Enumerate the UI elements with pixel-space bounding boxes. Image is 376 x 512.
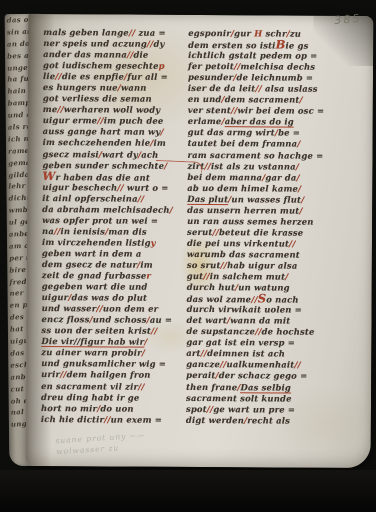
rubricated-underline: Das plut bbox=[187, 194, 228, 205]
manuscript-line: im sechczehenden hie/im bbox=[43, 138, 189, 150]
manuscript-line: gsecz maisi/wart dy/ach bbox=[42, 149, 188, 161]
rubric-mark: // bbox=[129, 28, 136, 38]
rubric-mark: // bbox=[212, 227, 219, 237]
rubric-mark: / bbox=[299, 95, 302, 105]
manuscript-line: im virczehenden listigy bbox=[42, 237, 188, 249]
rubric-mark: / bbox=[215, 371, 218, 381]
rubric-mark: // bbox=[294, 360, 301, 370]
rubric-mark: / bbox=[118, 83, 121, 93]
rubric-mark: / bbox=[68, 292, 71, 302]
rubric-mark: // bbox=[255, 84, 262, 94]
manuscript-line: ner speis und aczung//dy bbox=[43, 38, 189, 50]
manuscript-line: gegeben wart die und bbox=[42, 281, 188, 293]
rubric-mark: / bbox=[138, 149, 141, 159]
manuscript-line: hort no mir/do uon bbox=[41, 403, 187, 415]
manuscript-line: tautet bei dem framna/ bbox=[188, 138, 360, 150]
rubric-mark: / bbox=[231, 28, 234, 38]
rubricated-underline: Die vir//figur hab wir bbox=[41, 336, 144, 348]
rubric-mark: / bbox=[297, 139, 300, 149]
manuscript-line: und wasser//uon dem er bbox=[42, 303, 188, 315]
rubric-mark: H bbox=[254, 28, 262, 38]
rubric-mark: // bbox=[220, 360, 227, 370]
manuscript-line: then frane/Das selbig bbox=[186, 381, 358, 393]
rubric-mark: / bbox=[235, 282, 238, 292]
manuscript-line: it ainl opferscheina// bbox=[42, 193, 188, 205]
text-column-left: mals geben lange// zua =ner speis und ac… bbox=[41, 27, 189, 426]
red-initial: B bbox=[276, 38, 286, 52]
manuscript-line: auss gange hart man wy/ bbox=[43, 126, 189, 138]
manuscript-line: dreu ding habt ir ge bbox=[41, 392, 187, 404]
rubric-mark: / bbox=[228, 194, 231, 204]
rubric-mark: / bbox=[89, 315, 92, 325]
rubric-mark: // bbox=[221, 260, 228, 270]
rubric-mark: / bbox=[298, 183, 301, 193]
rubric-mark: // bbox=[203, 271, 210, 281]
manuscript-line: es hungers nue/wann bbox=[43, 82, 189, 94]
manuscript-line: me//werharen woll wody bbox=[43, 104, 189, 116]
manuscript-line: geben wart in dem a bbox=[42, 248, 188, 260]
rubric-mark: / bbox=[233, 72, 236, 82]
rubric-mark: // bbox=[147, 39, 154, 49]
rubric-mark: / bbox=[144, 337, 147, 347]
text-column-right: egsponir/gur H schr/zudem ersten so isti… bbox=[186, 28, 360, 427]
rubric-mark: // bbox=[234, 61, 241, 71]
rubric-mark: / bbox=[99, 149, 102, 159]
manuscript-line: ab uo dem himel kame/ bbox=[187, 183, 359, 195]
manuscript-line: mals geben lange// zua = bbox=[43, 27, 189, 39]
rubric-mark: p bbox=[159, 61, 165, 71]
manuscript-line: ss uon der seiten krist// bbox=[41, 325, 187, 337]
rubric-mark: y bbox=[151, 238, 156, 248]
manuscript-line: uigur beschech// wurt o = bbox=[42, 182, 188, 194]
rubric-mark: r bbox=[146, 271, 151, 281]
rubric-mark: / bbox=[105, 226, 108, 236]
rubric-mark: // bbox=[127, 50, 134, 60]
rubric-mark: / bbox=[124, 72, 127, 82]
rubric-mark: // bbox=[104, 414, 111, 424]
rubric-mark: // bbox=[117, 182, 124, 192]
rubric-mark: / bbox=[301, 194, 304, 204]
rubric-mark: / bbox=[296, 172, 299, 182]
manuscript-line: da abraham melchisadech/ bbox=[42, 204, 188, 216]
manuscript-line: Das plut/un wasses flut/ bbox=[187, 194, 359, 206]
rubric-mark: / bbox=[221, 94, 224, 104]
rubric-mark: / bbox=[227, 315, 230, 325]
manuscript-line: perait/der schacz gego = bbox=[186, 370, 358, 382]
rubric-mark: // bbox=[289, 238, 296, 248]
manuscript-line: zu ainer warn probir/ bbox=[41, 347, 187, 359]
manuscript-line: en sacrament vil zir// bbox=[41, 381, 187, 393]
manuscript-line: Die vir//figur hab wir/ bbox=[41, 336, 187, 348]
manuscript-line: ram sacrament so hachge = bbox=[187, 149, 359, 161]
rubric-mark: / bbox=[296, 161, 299, 171]
rubric-mark: / bbox=[244, 415, 247, 425]
manuscript-line: lie//die es enpfie/fur all = bbox=[43, 71, 189, 83]
manuscript-line: urir//dem hailgen fron bbox=[41, 369, 187, 381]
rubric-mark: // bbox=[60, 370, 67, 380]
rubric-mark: // bbox=[204, 161, 211, 171]
pencil-note: suane prot uny ~—wolwasser zu bbox=[55, 430, 146, 458]
rubric-mark: / bbox=[299, 205, 302, 215]
rubricated-underline: Das selbig bbox=[240, 382, 291, 393]
rubric-mark: / bbox=[97, 403, 100, 413]
manuscript-line: got verliess die seman bbox=[43, 93, 189, 105]
red-initial: S bbox=[258, 291, 267, 305]
manuscript-line: got iudischem gesechtep bbox=[43, 60, 189, 72]
rubric-mark: // bbox=[201, 348, 208, 358]
manuscript-line: uigur/das was do plut bbox=[42, 292, 188, 304]
rubric-mark: / bbox=[160, 127, 163, 137]
manuscript-line: uigur erme//im puch dee bbox=[43, 115, 189, 127]
rubric-mark: // bbox=[138, 193, 145, 203]
rubric-mark: // bbox=[151, 326, 158, 336]
manuscript-line: und gnuksamlicher wig = bbox=[41, 358, 187, 370]
rubric-mark: // bbox=[57, 104, 64, 114]
manuscript-line: na//in ienisis/man dis bbox=[42, 226, 188, 238]
rubric-mark: // bbox=[255, 327, 262, 337]
page-number: 385 bbox=[334, 12, 362, 27]
rubric-mark: / bbox=[262, 172, 265, 182]
rubric-mark: / bbox=[147, 315, 150, 325]
manuscript-line: ich hie dictir//un exem = bbox=[41, 414, 187, 426]
manuscript-line: encz floss/und schoss/au = bbox=[41, 314, 187, 326]
manuscript-line: bei dem manna/gar da/ bbox=[187, 172, 359, 184]
manuscript-line: spot//ge wart un pre = bbox=[186, 404, 358, 416]
rubricated-underline: aber das do ig bbox=[225, 117, 294, 128]
rubric-mark: / bbox=[287, 29, 290, 39]
rubric-mark: // bbox=[96, 304, 103, 314]
manuscript-line: das unsern herren mut/ bbox=[187, 205, 359, 217]
manuscript-line: Wr haben das die ant bbox=[42, 171, 188, 183]
manuscript-page: 385 mals geben lange// zua =ner speis un… bbox=[26, 14, 374, 468]
red-flourish bbox=[155, 160, 202, 173]
manuscript-line: was opfer prot un wei = bbox=[42, 215, 188, 227]
manuscript-photo: das osssin anan dabbes aroungentha fudha… bbox=[0, 0, 376, 512]
rubric-mark: // bbox=[97, 116, 104, 126]
rubric-mark: / bbox=[170, 205, 173, 215]
manuscript-line: ander das manna//die bbox=[43, 49, 189, 61]
rubric-mark: / bbox=[137, 260, 140, 270]
rubric-mark: // bbox=[207, 404, 214, 414]
rubric-mark: / bbox=[285, 272, 288, 282]
manuscript-line: dem gsecz de natur/im bbox=[42, 259, 188, 271]
rubric-mark: // bbox=[54, 226, 61, 236]
manuscript-line: serut//beteut die krasse bbox=[187, 227, 359, 239]
manuscript-line: zirt//ist als zu vstanna/ bbox=[187, 160, 359, 172]
rubric-mark: // bbox=[138, 381, 145, 391]
manuscript-line: digt werden/recht als bbox=[186, 415, 358, 427]
rubric-mark: / bbox=[275, 128, 278, 138]
rubric-mark: // bbox=[231, 106, 238, 116]
backdrop-bottom bbox=[0, 470, 376, 512]
rubric-mark: / bbox=[142, 348, 145, 358]
rubric-mark: // bbox=[55, 71, 62, 81]
manuscript-line: zeit de gnad furbasser bbox=[42, 270, 188, 282]
rubric-mark: / bbox=[150, 138, 153, 148]
red-initial: W bbox=[42, 169, 55, 183]
